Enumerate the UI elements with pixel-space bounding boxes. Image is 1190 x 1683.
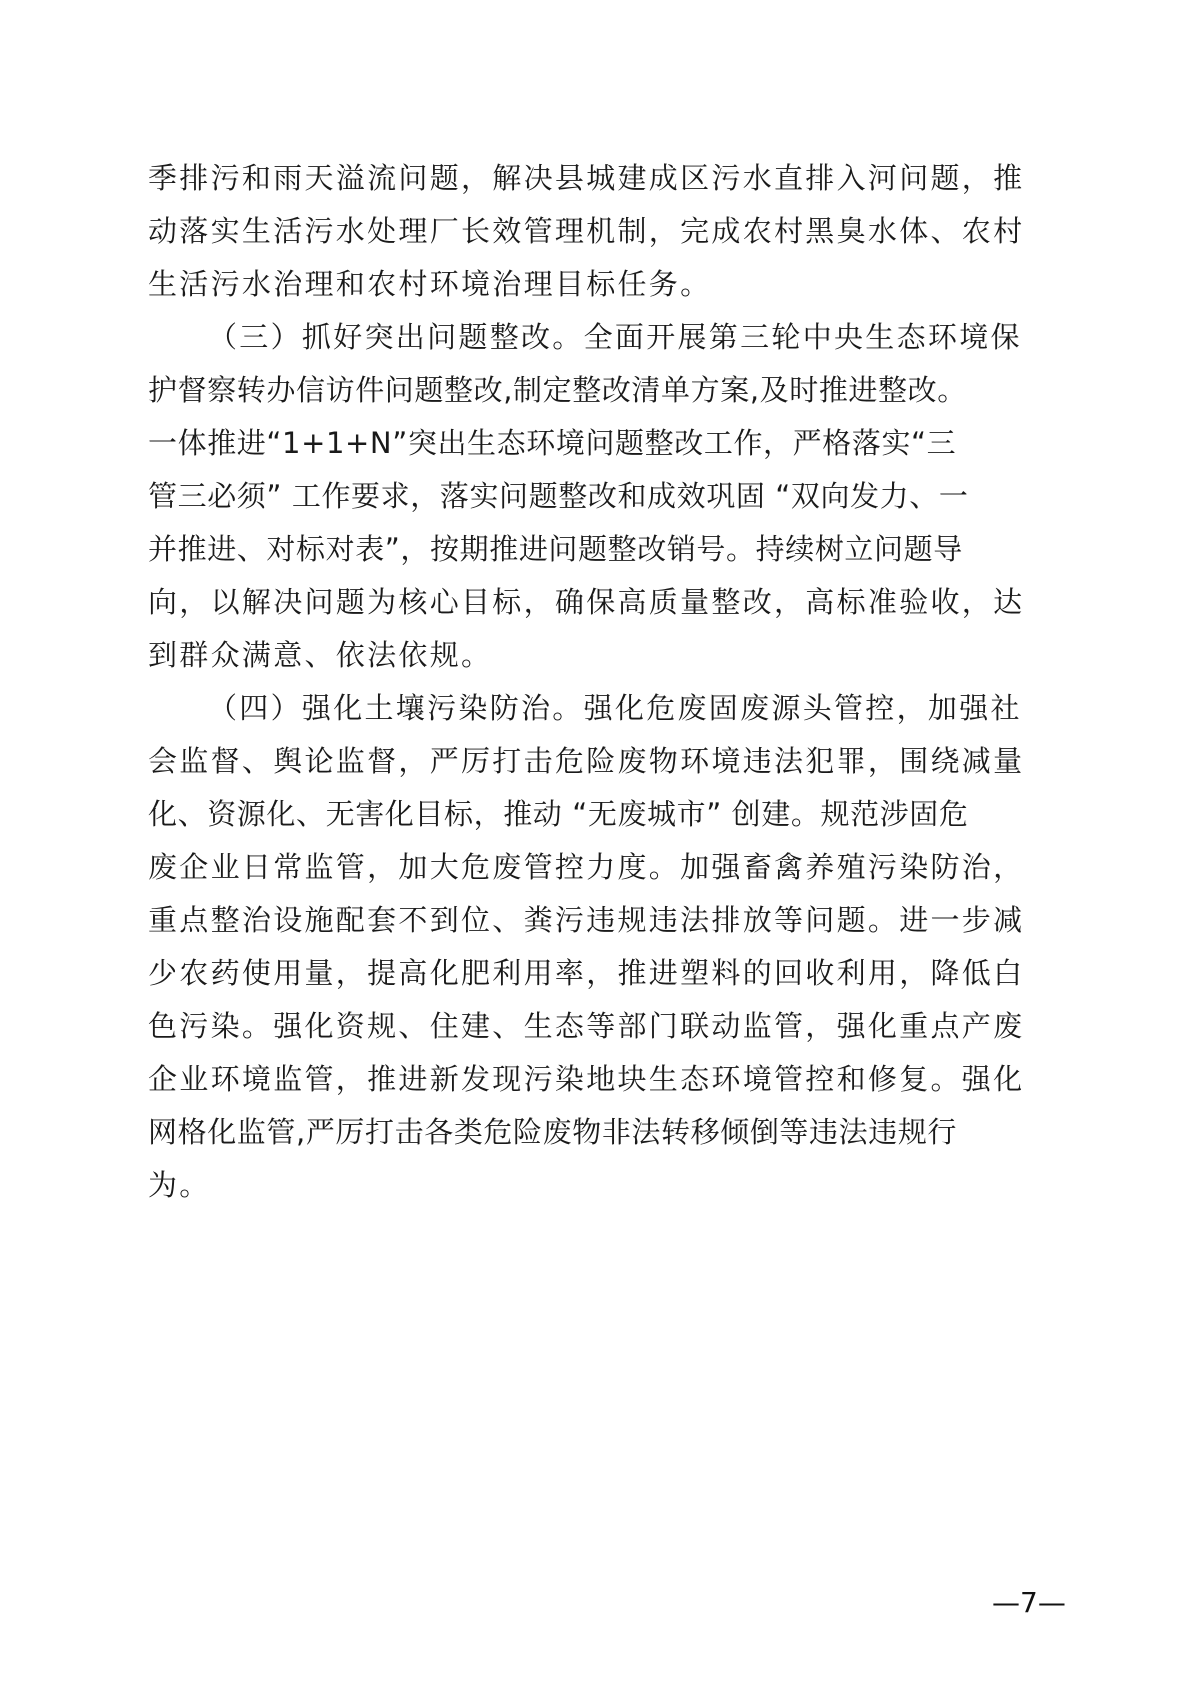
paragraph-line: 少农药使用量，提高化肥利用率，推进塑料的回收利用，降低白 <box>148 947 1028 1000</box>
paragraph-line: 管三必须” 工作要求，落实问题整改和成效巩固 “双向发力、一 <box>148 470 1028 523</box>
section-heading-line: （三）抓好突出问题整改。全面开展第三轮中央生态环境保 <box>148 311 1028 364</box>
paragraph-line: 并推进、对标对表”，按期推进问题整改销号。持续树立问题导 <box>148 523 1028 576</box>
page-number: —7— <box>992 1583 1066 1623</box>
paragraph-line: 向，以解决问题为核心目标，确保高质量整改，高标准验收，达 <box>148 576 1028 629</box>
paragraph-line: 重点整治设施配套不到位、粪污违规违法排放等问题。进一步减 <box>148 894 1028 947</box>
paragraph-line: 动落实生活污水处理厂长效管理机制，完成农村黑臭水体、农村 <box>148 205 1028 258</box>
paragraph-line: 一体推进“1+1+N”突出生态环境问题整改工作，严格落实“三 <box>148 417 1028 470</box>
paragraph-line: 网格化监管,严厉打击各类危险废物非法转移倾倒等违法违规行 <box>148 1106 1028 1159</box>
section-heading-line: （四）强化土壤污染防治。强化危废固废源头管控，加强社 <box>148 682 1028 735</box>
paragraph-line: 废企业日常监管，加大危废管控力度。加强畜禽养殖污染防治， <box>148 841 1028 894</box>
paragraph-line: 化、资源化、无害化目标，推动 “无废城市” 创建。规范涉固危 <box>148 788 1028 841</box>
paragraph-line: 生活污水治理和农村环境治理目标任务。 <box>148 258 1028 311</box>
document-body: 季排污和雨天溢流问题，解决县城建成区污水直排入河问题，推 动落实生活污水处理厂长… <box>148 152 1028 1212</box>
paragraph-line: 企业环境监管，推进新发现污染地块生态环境管控和修复。强化 <box>148 1053 1028 1106</box>
paragraph-line: 季排污和雨天溢流问题，解决县城建成区污水直排入河问题，推 <box>148 152 1028 205</box>
paragraph-line: 为。 <box>148 1159 1028 1212</box>
paragraph-line: 会监督、舆论监督，严厉打击危险废物环境违法犯罪，围绕减量 <box>148 735 1028 788</box>
paragraph-line: 护督察转办信访件问题整改,制定整改清单方案,及时推进整改。 <box>148 364 1028 417</box>
paragraph-line: 到群众满意、依法依规。 <box>148 629 1028 682</box>
paragraph-line: 色污染。强化资规、住建、生态等部门联动监管，强化重点产废 <box>148 1000 1028 1053</box>
